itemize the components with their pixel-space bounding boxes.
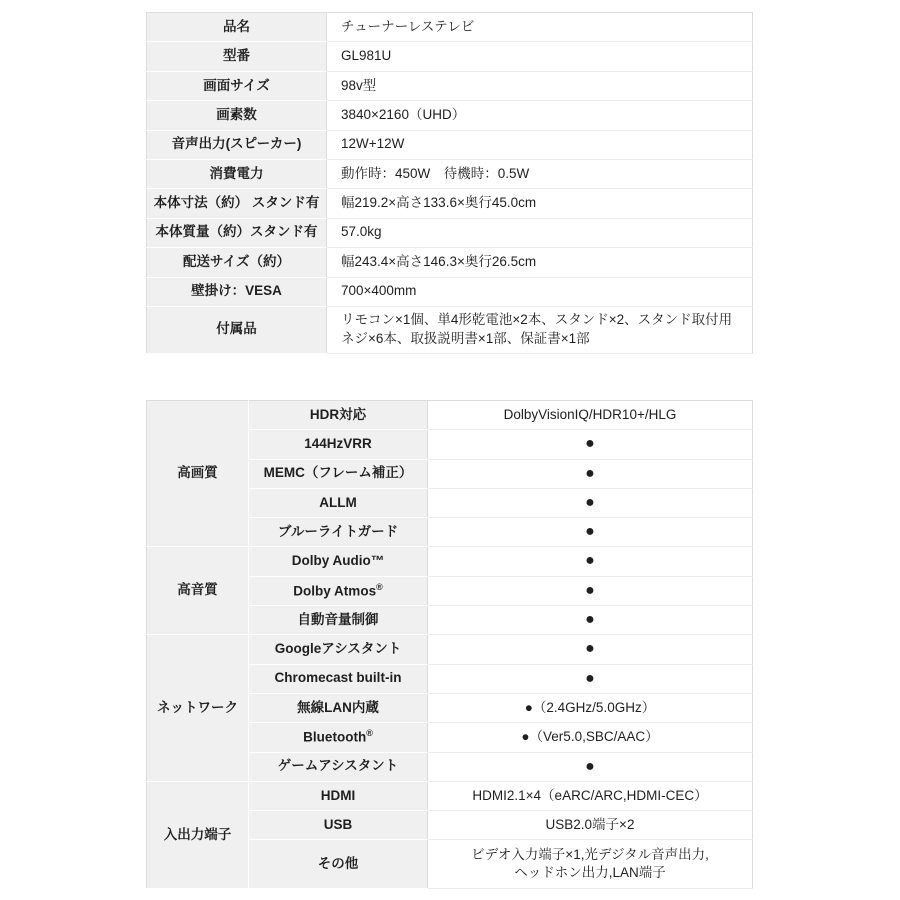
registered-trademark-symbol: ® [376,582,383,592]
feature-value-cell: DolbyVisionIQ/HDR10+/HLG [428,401,753,430]
spec-label-cell: 付属品 [147,306,327,353]
feature-value-cell: ●（Ver5.0,SBC/AAC） [428,723,753,752]
spec-value-cell: GL981U [327,42,753,71]
feature-name-cell: Googleアシスタント [249,635,428,664]
spec-row: 画素数3840×2160（UHD） [147,101,753,130]
spec-label-cell: 型番 [147,42,327,71]
spec-label-cell: 品名 [147,13,327,42]
spec-value-cell: 98v型 [327,71,753,100]
feature-value-cell: HDMI2.1×4（eARC/ARC,HDMI-CEC） [428,781,753,810]
feature-name-cell: 自動音量制御 [249,606,428,635]
feature-supported-bullet: ● [428,635,753,664]
spec-row: 本体質量（約）スタンド有57.0kg [147,218,753,247]
spec-row: 型番GL981U [147,42,753,71]
feature-name-cell: USB [249,811,428,840]
feature-name-cell: MEMC（フレーム補正） [249,459,428,488]
feature-value-cell: USB2.0端子×2 [428,811,753,840]
spec-value-cell: 幅243.4×高さ146.3×奥行26.5cm [327,248,753,277]
spec-label-cell: 配送サイズ（約） [147,248,327,277]
feature-name-cell: Bluetooth® [249,723,428,752]
spec-row: 配送サイズ（約）幅243.4×高さ146.3×奥行26.5cm [147,248,753,277]
product-spec-table: 品名チューナーレステレビ型番GL981U画面サイズ98v型画素数3840×216… [146,12,753,354]
feature-name-cell: その他 [249,840,428,889]
spec-label-cell: 画面サイズ [147,71,327,100]
feature-row: 高音質Dolby Audio™● [147,547,753,576]
feature-name-cell: ALLM [249,488,428,517]
feature-name-cell: ブルーライトガード [249,518,428,547]
product-spec-body: 品名チューナーレステレビ型番GL981U画面サイズ98v型画素数3840×216… [147,13,753,354]
spec-label-cell: 壁掛け：VESA [147,277,327,306]
feature-name-cell: Dolby Atmos® [249,576,428,605]
feature-name-cell: 無線LAN内蔵 [249,693,428,722]
feature-supported-bullet: ● [428,664,753,693]
spec-value-cell: 幅219.2×高さ133.6×奥行45.0cm [327,189,753,218]
feature-supported-bullet: ● [428,752,753,781]
feature-supported-bullet: ● [428,606,753,635]
feature-value-cell: ビデオ入力端子×1,光デジタル音声出力, ヘッドホン出力,LAN端子 [428,840,753,889]
spec-row: 品名チューナーレステレビ [147,13,753,42]
spec-label-cell: 消費電力 [147,159,327,188]
feature-supported-bullet: ● [428,430,753,459]
spec-row: 音声出力(スピーカー)12W+12W [147,130,753,159]
spec-row: 画面サイズ98v型 [147,71,753,100]
spec-label-cell: 音声出力(スピーカー) [147,130,327,159]
feature-name-cell: 144HzVRR [249,430,428,459]
spec-label-cell: 本体寸法（約） スタンド有 [147,189,327,218]
feature-supported-bullet: ● [428,518,753,547]
feature-category-cell: 高画質 [147,401,249,547]
spec-label-cell: 画素数 [147,101,327,130]
feature-category-cell: 高音質 [147,547,249,635]
spec-value-cell: 700×400mm [327,277,753,306]
feature-category-cell: 入出力端子 [147,781,249,889]
feature-name-cell: Dolby Audio™ [249,547,428,576]
feature-name-cell: ゲームアシスタント [249,752,428,781]
spec-value-cell: チューナーレステレビ [327,13,753,42]
registered-trademark-symbol: ® [366,728,373,738]
spec-row: 消費電力動作時：450W 待機時：0.5W [147,159,753,188]
spec-value-cell: 動作時：450W 待機時：0.5W [327,159,753,188]
spec-value-cell: リモコン×1個、単4形乾電池×2本、スタンド×2、スタンド取付用 ネジ×6本、取… [327,306,753,353]
feature-row: 高画質HDR対応DolbyVisionIQ/HDR10+/HLG [147,401,753,430]
feature-supported-bullet: ● [428,547,753,576]
feature-row: 入出力端子HDMIHDMI2.1×4（eARC/ARC,HDMI-CEC） [147,781,753,810]
spec-value-cell: 12W+12W [327,130,753,159]
spec-value-cell: 3840×2160（UHD） [327,101,753,130]
feature-supported-bullet: ● [428,488,753,517]
spec-label-cell: 本体質量（約）スタンド有 [147,218,327,247]
feature-supported-bullet: ● [428,576,753,605]
feature-spec-table: 高画質HDR対応DolbyVisionIQ/HDR10+/HLG144HzVRR… [146,400,753,889]
spec-row: 付属品リモコン×1個、単4形乾電池×2本、スタンド×2、スタンド取付用 ネジ×6… [147,306,753,353]
feature-name-cell: HDMI [249,781,428,810]
feature-row: ネットワークGoogleアシスタント● [147,635,753,664]
feature-category-cell: ネットワーク [147,635,249,781]
feature-name-cell: Chromecast built-in [249,664,428,693]
spec-value-cell: 57.0kg [327,218,753,247]
feature-name-cell: HDR対応 [249,401,428,430]
feature-spec-body: 高画質HDR対応DolbyVisionIQ/HDR10+/HLG144HzVRR… [147,401,753,889]
spec-row: 本体寸法（約） スタンド有幅219.2×高さ133.6×奥行45.0cm [147,189,753,218]
spec-row: 壁掛け：VESA700×400mm [147,277,753,306]
feature-value-cell: ●（2.4GHz/5.0GHz） [428,693,753,722]
feature-supported-bullet: ● [428,459,753,488]
